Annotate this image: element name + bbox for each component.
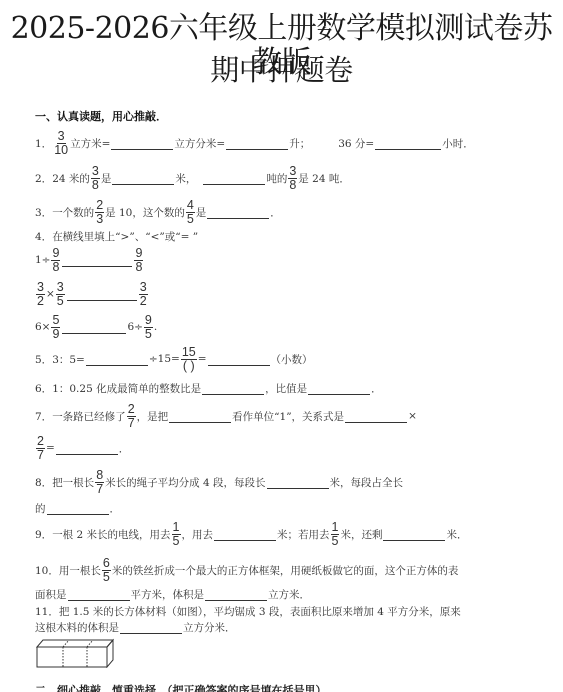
q9-blank-1[interactable] (214, 528, 276, 541)
page-title-line2: 期中押题卷 (0, 53, 563, 87)
question-6: 6． 1：0.25 化成最简单的整数比是 ，比值是 ． (35, 374, 382, 402)
q8-blank-1[interactable] (267, 476, 329, 489)
question-5: 5． 3：5= ÷15= 15 ( ) = （小数） (35, 345, 313, 373)
question-8-cont: 的 ． (35, 494, 120, 522)
q11-blank[interactable] (120, 621, 182, 634)
q5-blank-2[interactable] (208, 353, 270, 366)
q6-blank-1[interactable] (202, 382, 264, 395)
q3-blank[interactable] (207, 206, 269, 219)
q4-row1-blank[interactable] (62, 254, 132, 267)
q1-number: 1． (35, 136, 52, 151)
q9-blank-2[interactable] (383, 528, 445, 541)
question-1: 1． 3 10 立方米= 立方分米= 升； 36 分= 小时． (35, 129, 474, 157)
q6-blank-2[interactable] (308, 382, 370, 395)
question-4-row-3: 6× 5 9 6÷ 9 5 . (35, 313, 157, 341)
question-4-row-1: 1÷ 9 8 9 8 (35, 246, 144, 274)
question-11-cont: 这根木料的体积是 立方分米． (35, 613, 236, 641)
q7-blank-1[interactable] (169, 410, 231, 423)
q2-blank-2[interactable] (203, 172, 265, 185)
q1-blank-1[interactable] (111, 137, 173, 150)
q4-row2-blank[interactable] (67, 288, 137, 301)
q7-blank-3[interactable] (56, 442, 118, 455)
question-2: 2． 24 米的 3 8 是 米， 吨的 3 8 是 24 吨． (35, 164, 350, 192)
question-7-cont: 2 7 = ． (35, 434, 129, 462)
cuboid-figure (36, 638, 116, 672)
q1-blank-2[interactable] (226, 137, 288, 150)
question-4-row-2: 3 2 × 3 5 3 2 (35, 280, 149, 308)
q8-blank-2[interactable] (47, 502, 109, 515)
question-7: 7． 一条路已经修了 2 7 ，是把 看作单位“1”，关系式是 × (35, 402, 417, 430)
section2-heading: 二、细心推敲，慎重选择．（把正确答案的序号填在括号里） (35, 683, 327, 692)
section1-heading: 一、认真读题，用心推敲． (35, 102, 167, 130)
q2-fraction-2: 3 8 (288, 165, 297, 192)
q1-fraction: 3 10 (53, 130, 69, 157)
q1-blank-3[interactable] (375, 137, 441, 150)
q2-blank-1[interactable] (112, 172, 174, 185)
q5-blank-1[interactable] (86, 353, 148, 366)
q7-blank-2[interactable] (345, 410, 407, 423)
question-8: 8． 把一根长 8 7 米长的绳子平均分成 4 段，每段长 米，每段占全长 (35, 468, 403, 496)
q2-fraction-1: 3 8 (91, 165, 100, 192)
q4-row3-blank[interactable] (62, 321, 126, 334)
question-9: 9． 一根 2 米长的电线，用去 1 5 ，用去 米；若用去 1 5 米，还剩 … (35, 520, 467, 548)
